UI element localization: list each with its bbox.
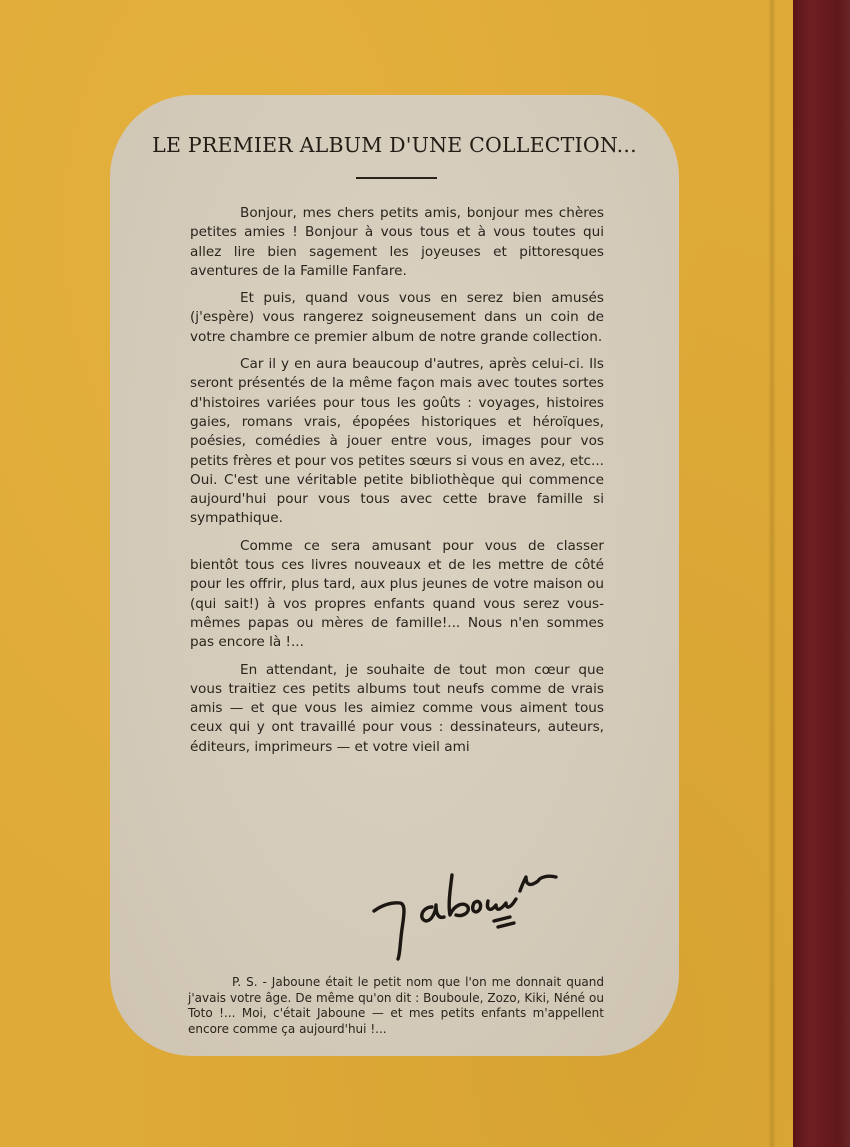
paragraph: Comme ce sera amusant pour vous de class…: [190, 537, 604, 653]
signature-icon: Jaboune: [360, 855, 570, 965]
letter-body: Bonjour, mes chers petits amis, bonjour …: [190, 204, 604, 765]
postscript-text: P. S. - Jaboune était le petit nom que l…: [188, 975, 604, 1037]
paragraph: Car il y en aura beaucoup d'autres, aprè…: [190, 355, 604, 529]
postscript: P. S. - Jaboune était le petit nom que l…: [188, 975, 604, 1037]
signature: Jaboune: [360, 855, 570, 965]
page-title: LE PREMIER ALBUM D'UNE COLLECTION...: [110, 133, 679, 157]
paragraph: En attendant, je souhaite de tout mon cœ…: [190, 661, 604, 757]
title-divider: [356, 177, 437, 179]
spine-wear: [838, 0, 850, 1147]
cover-crease: [768, 0, 776, 1147]
paragraph: Bonjour, mes chers petits amis, bonjour …: [190, 204, 604, 281]
paragraph: Et puis, quand vous vous en serez bien a…: [190, 289, 604, 347]
